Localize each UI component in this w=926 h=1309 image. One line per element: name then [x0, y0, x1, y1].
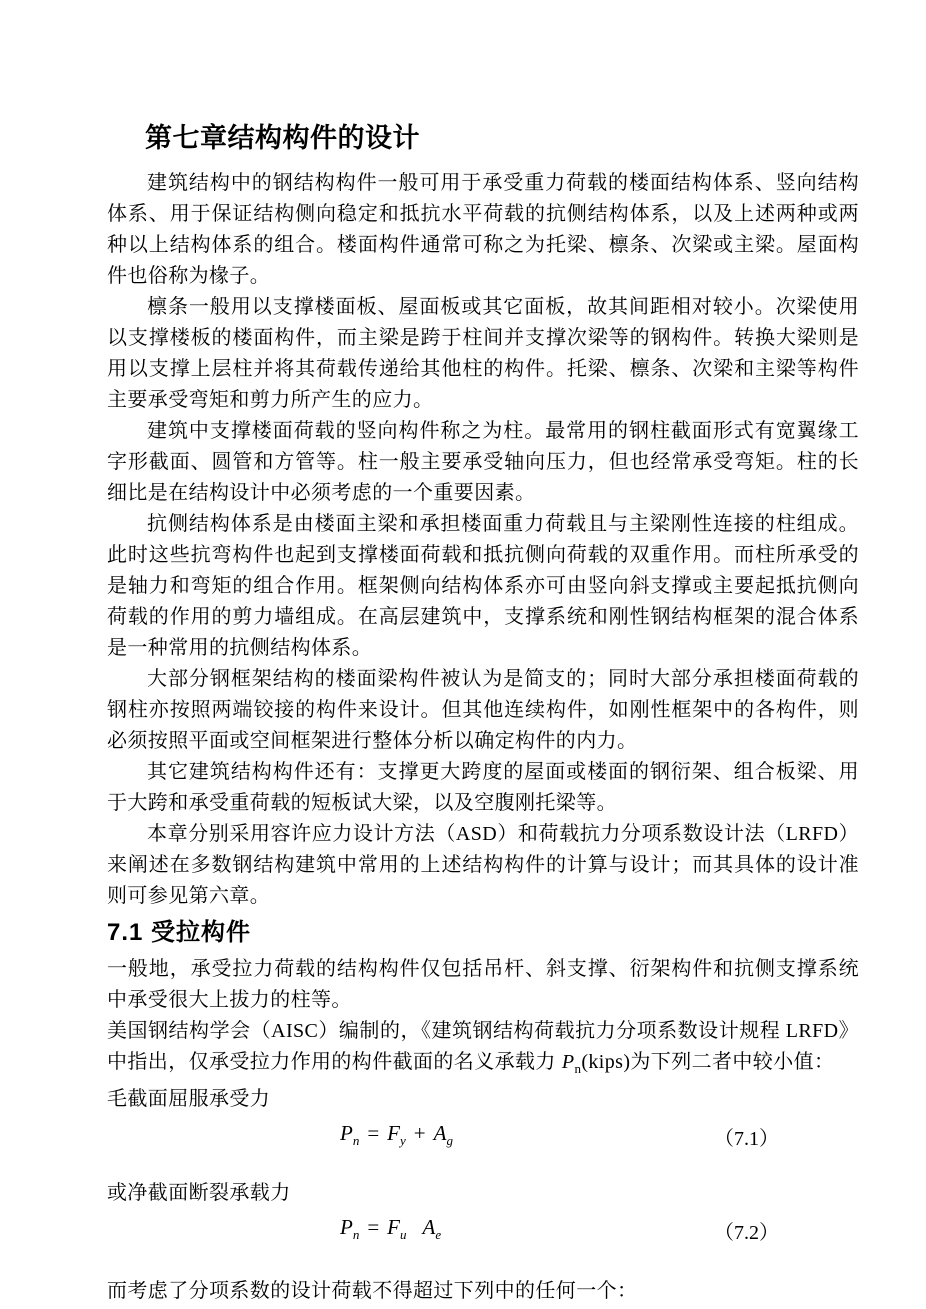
eq2-term1-var: F — [387, 1215, 400, 1239]
equation-7-2-formula: Pn=FuAe — [340, 1215, 441, 1243]
eq1-term1-sub: y — [400, 1133, 406, 1148]
eq1-term2-sub: g — [446, 1133, 453, 1148]
eq2-term2-sub: e — [435, 1227, 441, 1242]
paragraph-overview: 建筑结构中的钢结构构件一般可用于承受重力荷载的楼面结构体系、竖向结构体系、用于保… — [107, 168, 859, 292]
equation-7-1: Pn=Fy+Ag （7.1） — [107, 1121, 859, 1152]
paragraph-design-methods: 本章分别采用容许应力设计方法（ASD）和荷载抗力分项系数设计法（LRFD）来阐述… — [107, 819, 859, 912]
eq1-term1-var: F — [387, 1121, 400, 1145]
paragraph-other-members: 其它建筑结构构件还有：支撑更大跨度的屋面或楼面的钢衍架、组合板梁、用于大跨和承受… — [107, 757, 859, 819]
eq1-lhs-var: P — [340, 1121, 353, 1145]
equation-7-1-formula: Pn=Fy+Ag — [340, 1121, 453, 1149]
paragraph-purlins: 檩条一般用以支撑楼面板、屋面板或其它面板，故其间距相对较小。次梁使用以支撑楼板的… — [107, 292, 859, 416]
eq2-term2-var: A — [423, 1215, 436, 1239]
equation-7-1-number: （7.1） — [714, 1122, 779, 1151]
document-page: 第七章结构构件的设计 建筑结构中的钢结构构件一般可用于承受重力荷载的楼面结构体系… — [107, 120, 859, 1307]
equation-7-1-label: 毛截面屈服承受力 — [107, 1084, 859, 1115]
eq2-lhs-var: P — [340, 1215, 353, 1239]
paragraph-factored-load: 而考虑了分项系数的设计荷载不得超过下列中的任何一个： — [107, 1276, 859, 1307]
eq1-term2-var: A — [434, 1121, 447, 1145]
paragraph-simply-supported: 大部分钢框架结构的楼面梁构件被认为是简支的；同时大部分承担楼面荷载的钢柱亦按照两… — [107, 664, 859, 757]
eq1-equals-sign: = — [359, 1121, 387, 1145]
equation-7-2-label: 或净截面断裂承载力 — [107, 1178, 859, 1209]
section-heading-7-1: 7.1 受拉构件 — [107, 914, 859, 952]
equation-7-2: Pn=FuAe （7.2） — [107, 1215, 859, 1246]
aisc-text-after: (kips)为下列二者中较小值： — [581, 1051, 834, 1073]
eq2-term1-sub: u — [400, 1227, 407, 1242]
paragraph-tension-general: 一般地，承受拉力荷载的结构构件仅包括吊杆、斜支撑、衍架构件和抗侧支撑系统中承受很… — [107, 954, 859, 1016]
eq1-plus-sign: + — [406, 1121, 434, 1145]
equation-7-2-number: （7.2） — [714, 1216, 779, 1245]
eq2-space — [407, 1215, 423, 1239]
paragraph-aisc-lrfd: 美国钢结构学会（AISC）编制的，《建筑钢结构荷载抗力分项系数设计规程 LRFD… — [107, 1016, 859, 1084]
inline-math-variable: P — [562, 1051, 575, 1073]
chapter-title: 第七章结构构件的设计 — [145, 120, 859, 156]
paragraph-lateral-system: 抗侧结构体系是由楼面主梁和承担楼面重力荷载且与主梁刚性连接的柱组成。此时这些抗弯… — [107, 509, 859, 664]
paragraph-columns: 建筑中支撑楼面荷载的竖向构件称之为柱。最常用的钢柱截面形式有宽翼缘工字形截面、圆… — [107, 416, 859, 509]
eq2-equals-sign: = — [359, 1215, 387, 1239]
